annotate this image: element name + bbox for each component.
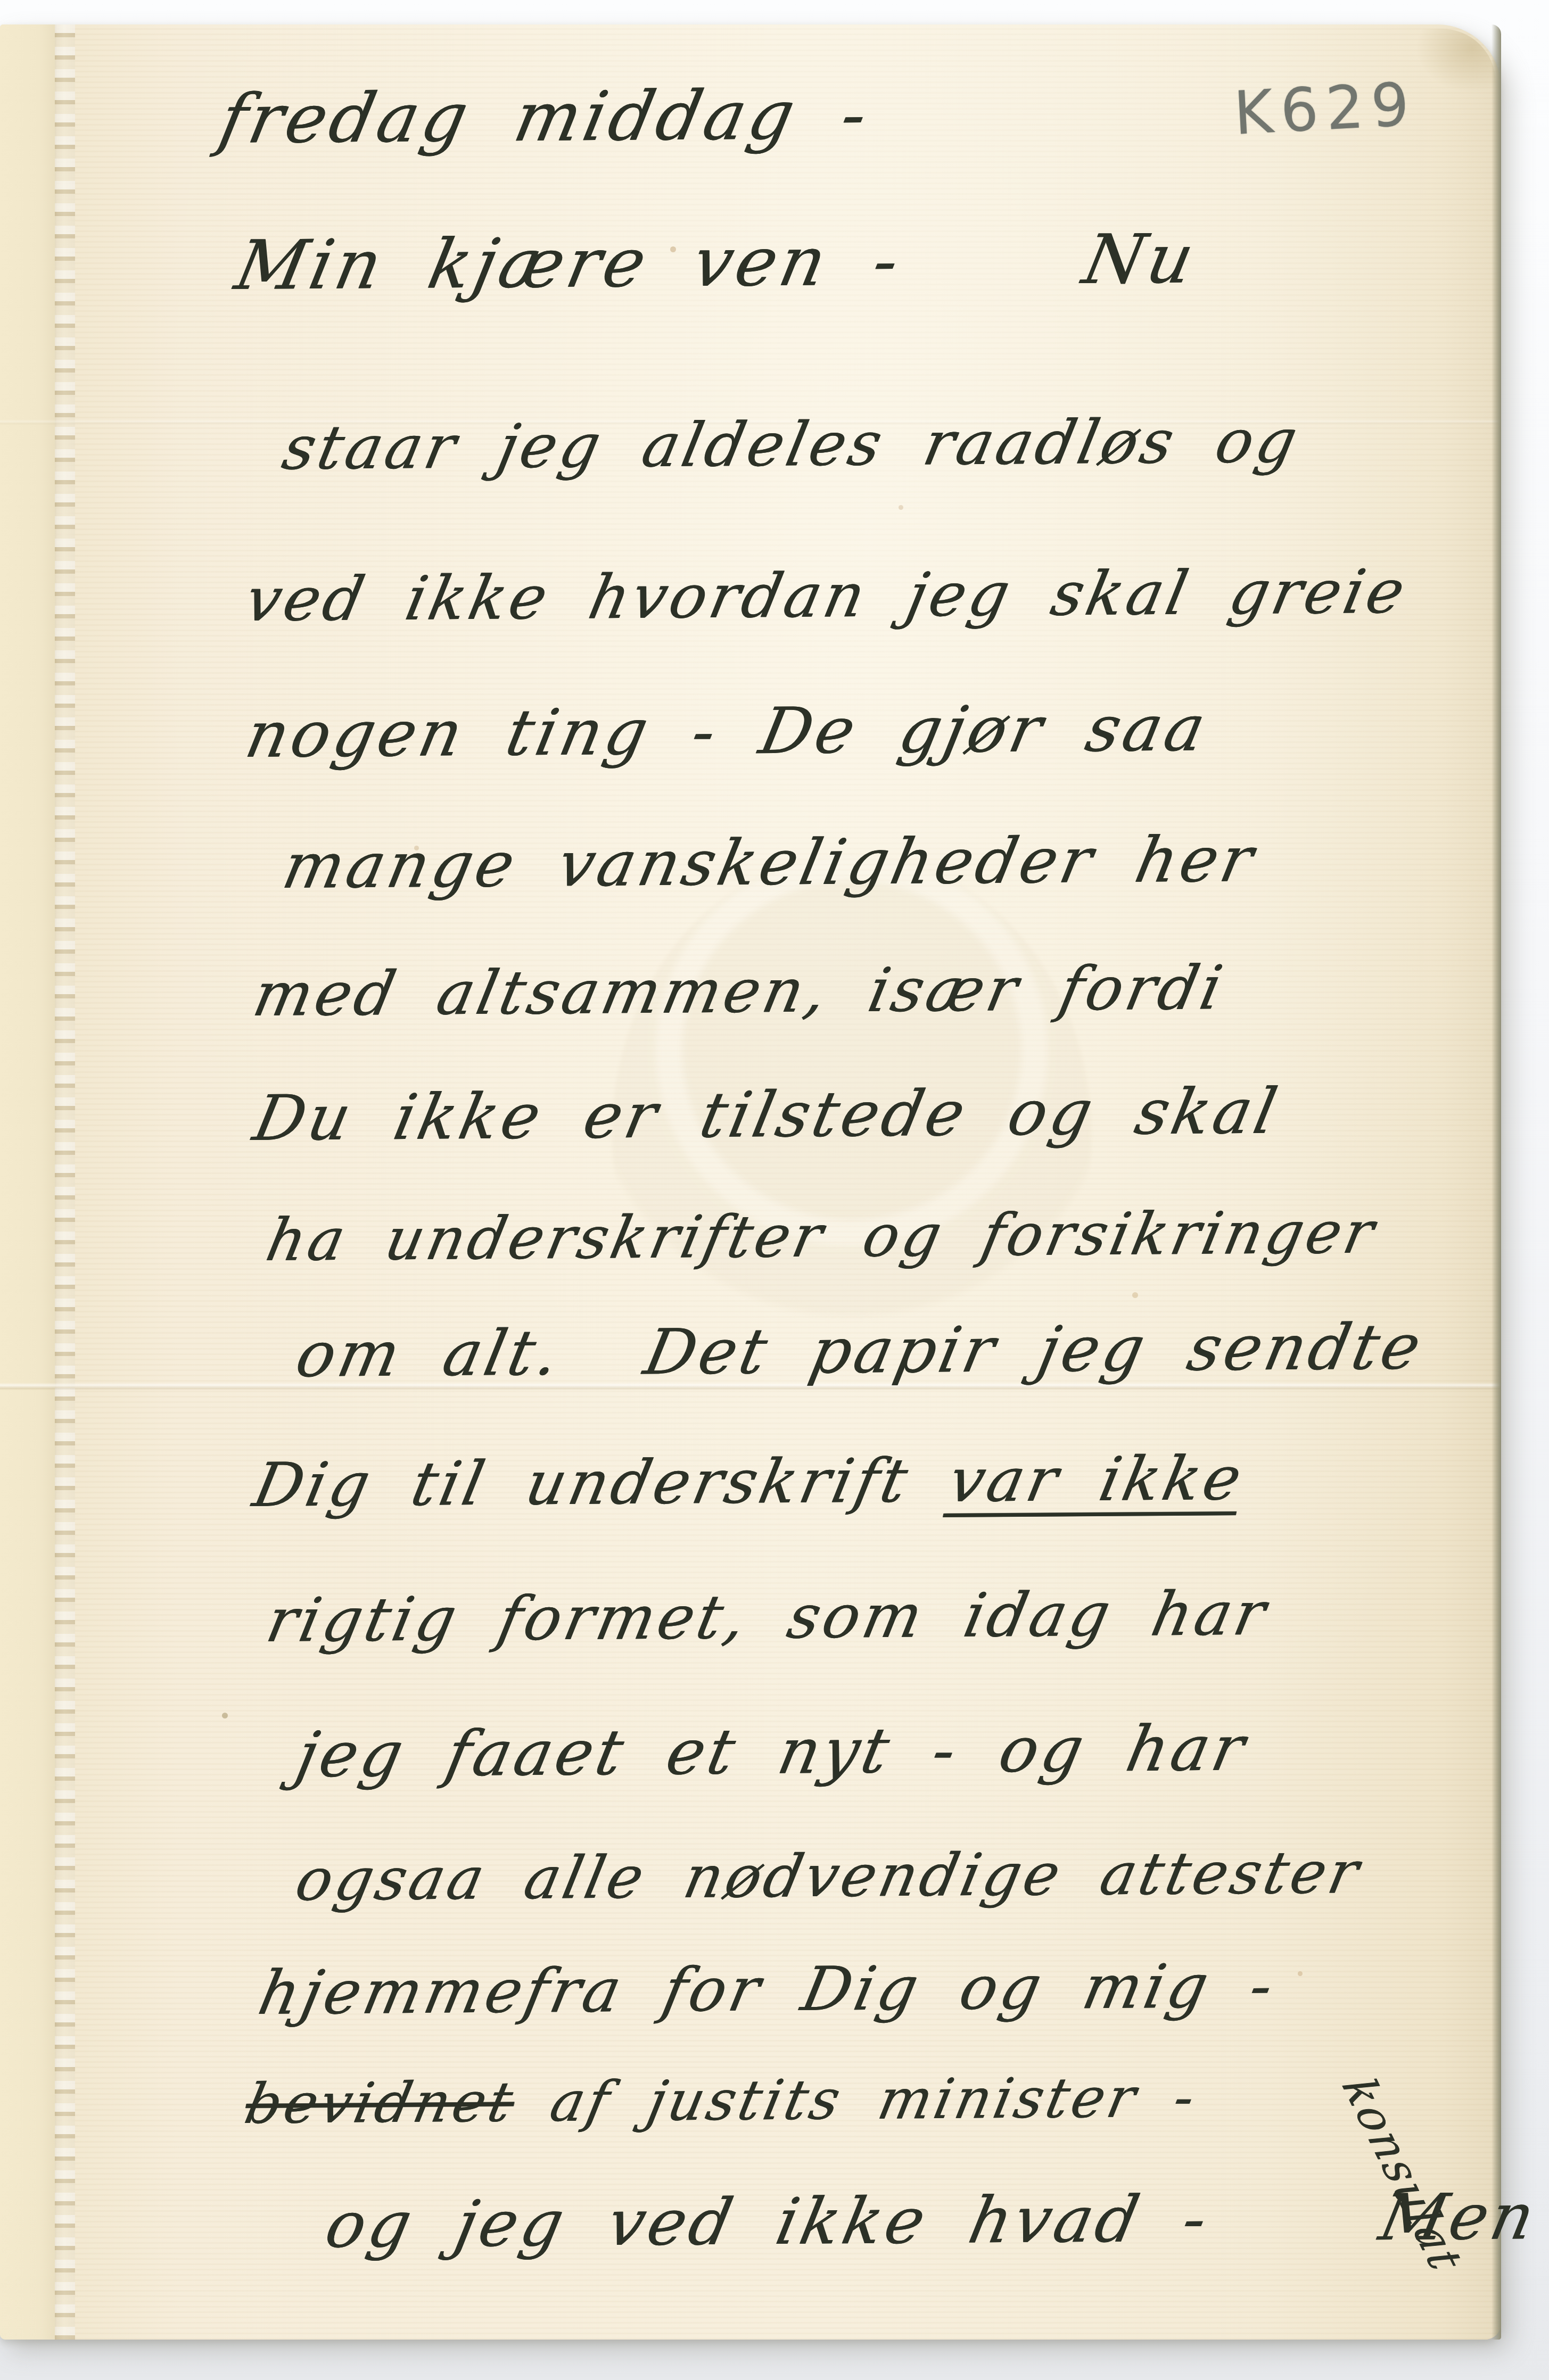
handwritten-line-9: ha underskrifter og forsikringer [261, 1198, 1383, 1274]
handwritten-line-15: hjemmefra for Dig og mig - [253, 1951, 1282, 2028]
handwritten-line-10: om alt. Det papir jeg sendte [290, 1310, 1430, 1391]
line-11-text: Dig til underskrift [248, 1445, 958, 1520]
handwritten-line-2: Min kjære ven - Nu [229, 219, 1204, 305]
handwritten-line-8: Du ikke er tilstede og skal [248, 1075, 1286, 1155]
handwritten-line-7: med altsammen, især fordi [248, 952, 1231, 1030]
handwritten-line-16: bevidnet af justits minister - [240, 2065, 1203, 2136]
handwritten-line-11: Dig til underskrift var ikke [248, 1443, 1250, 1520]
line-16-struck-word: bevidnet [240, 2069, 521, 2136]
handwritten-line-12: rigtig formet, som idag har [261, 1578, 1275, 1656]
handwritten-line-5: nogen ting - De gjør saa [240, 691, 1215, 772]
line-16-text: af justits minister - [508, 2065, 1204, 2135]
scanner-background: K629 fredag middag - Min kjære ven - Nu … [0, 0, 1549, 2380]
line-11-underlined-word: var ikke [943, 1443, 1251, 1516]
catalog-number-pencil: K629 [1232, 70, 1419, 148]
handwritten-line-4: ved ikke hvordan jeg skal greie [240, 556, 1414, 635]
handwriting-layer: K629 fredag middag - Min kjære ven - Nu … [0, 0, 1549, 2380]
handwritten-line-6: mange vanskeligheder her [277, 822, 1263, 903]
handwritten-line-14: ogsaa alle nødvendige attester [290, 1838, 1367, 1914]
handwritten-line-1: fredag middag - [213, 76, 877, 159]
handwritten-line-3: staar jeg aldeles raadløs og [277, 406, 1306, 483]
handwritten-line-17: og jeg ved ikke hvad - Men [319, 2180, 1544, 2262]
handwritten-line-13: jeg faaet et nyt - og har [290, 1712, 1254, 1791]
